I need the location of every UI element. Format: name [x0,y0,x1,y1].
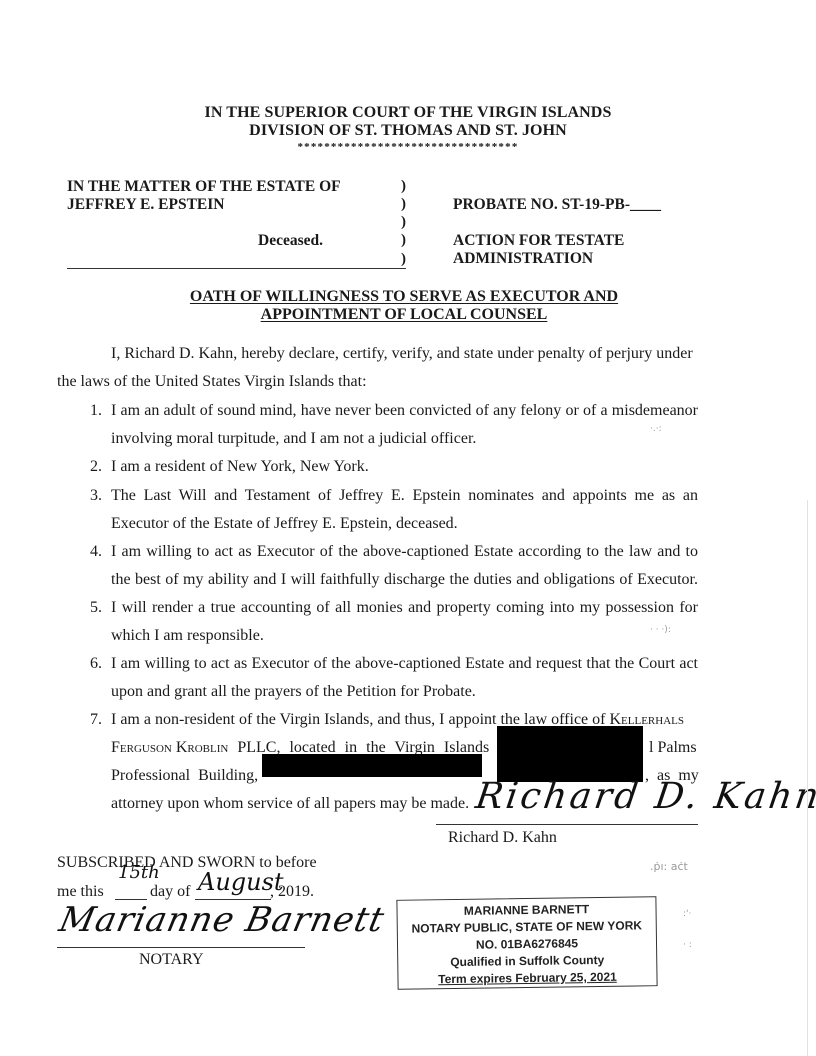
court-name: IN THE SUPERIOR COURT OF THE VIRGIN ISLA… [23,104,793,122]
scan-edge-line [807,500,808,1056]
caption-rule [67,268,406,269]
caption-deceased-label: Deceased. [258,232,323,250]
item-4-line1: I am willing to act as Executor of the a… [111,543,698,561]
declarant-signature-line [436,824,698,825]
document-title-text: APPOINTMENT OF LOCAL COUNSEL [261,306,548,323]
item-number: 4. [90,543,102,561]
item-number: 3. [90,487,102,505]
header-separator: ********************************* [23,141,793,153]
caption-paren: ) [401,178,406,195]
item-number: 6. [90,655,102,673]
caption-paren: ) [401,232,406,249]
declarant-signature: Richard D. Kahn [473,776,816,817]
item-1-line1: I am an adult of sound mind, have never … [111,402,698,420]
action-type-line1: ACTION FOR TESTATE [453,232,624,250]
intro-line2: the laws of the United States Virgin Isl… [57,373,367,391]
item-number: 7. [90,711,102,729]
item-number: 5. [90,599,102,617]
document-title-text: OATH OF WILLINGNESS TO SERVE AS EXECUTOR… [190,288,618,305]
scan-artifact: · · ·): [650,625,671,635]
item-5-line1: I will render a true accounting of all m… [111,599,698,617]
jurat-year: , 2019. [270,883,314,901]
item-7-line3-text: Professional Building, [111,767,258,785]
notary-signature: Marianne Barnett [56,900,389,940]
stamp-expires: Term expires February 25, 2021 [398,968,656,989]
action-type-line2: ADMINISTRATION [453,250,593,268]
jurat-me-this: me this [57,883,104,901]
jurat-day-of: day of [150,883,190,901]
item-number: 1. [90,402,102,420]
document-title-line2: APPOINTMENT OF LOCAL COUNSEL [19,306,789,324]
scan-artifact: ·.·: [650,424,662,434]
notary-signature-line [57,947,305,948]
caption-paren: ) [401,251,406,268]
item-number: 2. [90,458,102,476]
item-4-line2: the best of my ability and I will faithf… [111,571,698,589]
scan-artifact: .ṗı: aċt [650,860,688,873]
item-5-line2: which I am responsible. [111,627,264,645]
scan-artifact: · : [683,940,692,950]
document-title-line1: OATH OF WILLINGNESS TO SERVE AS EXECUTOR… [19,288,789,306]
scan-artifact: :'· [683,909,691,919]
notary-stamp: MARIANNE BARNETT NOTARY PUBLIC, STATE OF… [396,896,657,990]
item-7-line2-after-redaction: l Palms [649,739,697,757]
probate-number: PROBATE NO. ST-19-PB-____ [453,196,661,214]
caption-decedent-name: JEFFREY E. EPSTEIN [67,196,224,214]
law-firm-name: Ferguson Kroblin [111,739,228,756]
item-3-line2: Executor of the Estate of Jeffrey E. Eps… [111,515,458,533]
court-division: DIVISION OF ST. THOMAS AND ST. JOHN [23,122,793,140]
day-value: 15th [118,862,160,883]
item-6-line1: I am willing to act as Executor of the a… [111,655,698,673]
item-2-line1: I am a resident of New York, New York. [111,458,369,476]
caption-paren: ) [401,196,406,213]
intro-line1: I, Richard D. Kahn, hereby declare, cert… [111,345,693,363]
caption-paren: ) [401,214,406,231]
item-1-line2: involving moral turpitude, and I am not … [111,430,476,448]
item-6-line2: upon and grant all the prayers of the Pe… [111,683,476,701]
declarant-printed-name: Richard D. Kahn [448,829,557,847]
stamp-title: NOTARY PUBLIC, STATE OF NEW YORK [398,917,656,938]
redaction-block [262,754,482,777]
item-7-line4: attorney upon whom service of all papers… [111,795,469,813]
notary-label: NOTARY [139,951,204,969]
redaction-block [497,726,643,782]
caption-matter-line1: IN THE MATTER OF THE ESTATE OF [67,178,341,196]
item-3-line1: The Last Will and Testament of Jeffrey E… [111,487,698,505]
